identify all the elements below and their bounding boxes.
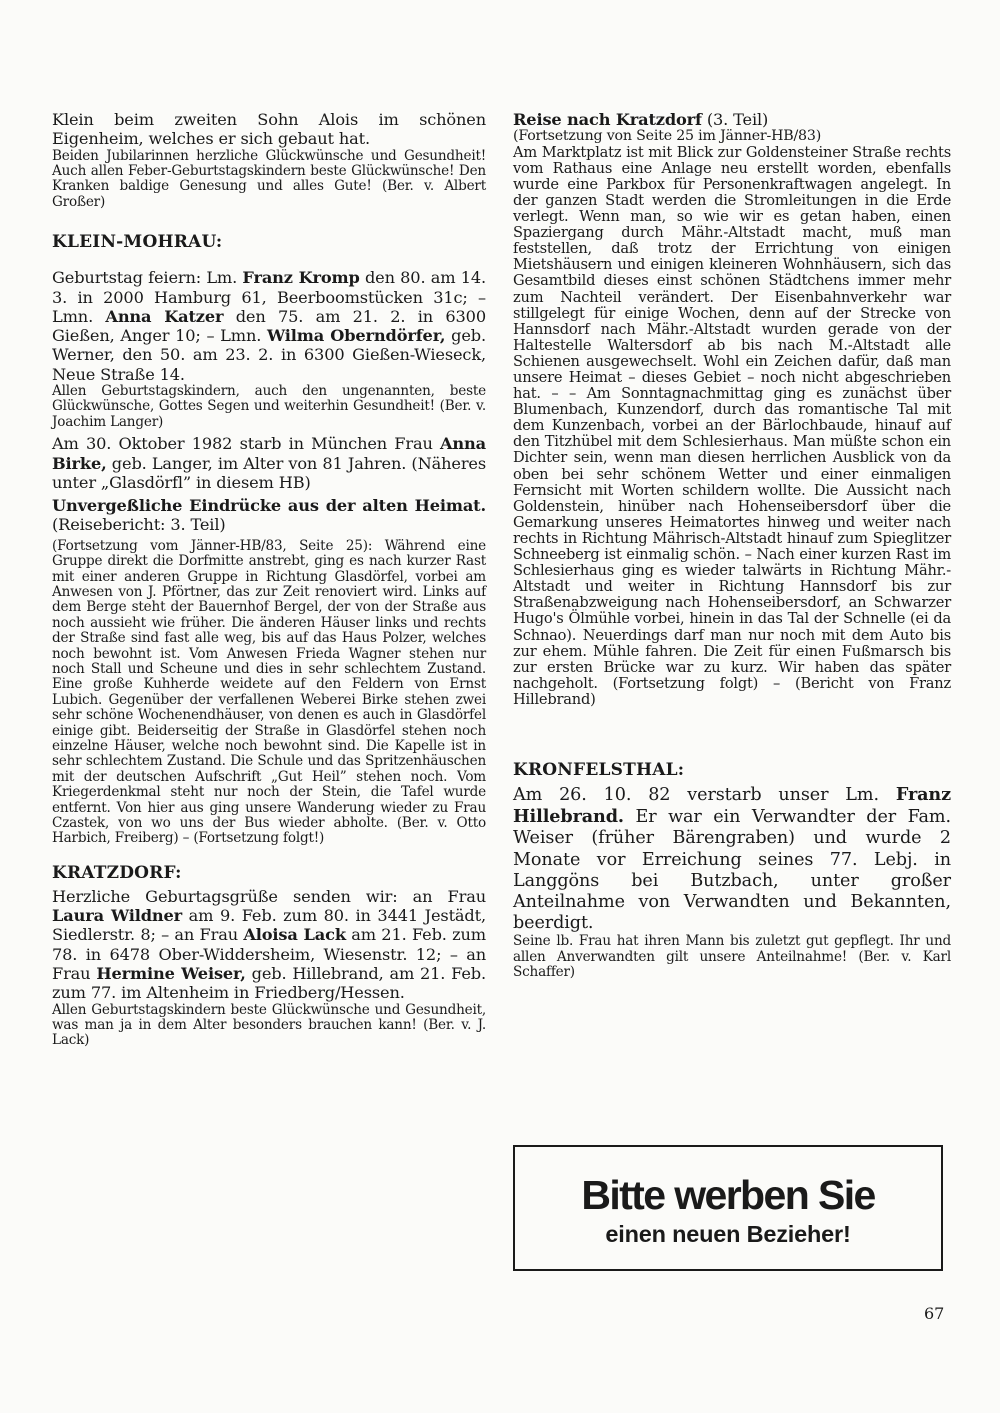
travel-report-body: (Fortsetzung vom Jänner-HB/83, Seite 25)… <box>52 539 486 847</box>
intro-wishes: Beiden Jubilarinnen herzliche Glückwünsc… <box>52 149 486 211</box>
heading-kronfelsthal: KRONFELSTHAL: <box>513 760 951 780</box>
klein-mohrau-wishes: Allen Geburtstagskindern, auch den ungen… <box>52 384 486 430</box>
heading-kratzdorf: KRATZDORF: <box>52 863 486 883</box>
person-name: Hermine Weiser, <box>96 964 245 983</box>
travel-report-title: Unvergeßliche Eindrücke aus der alten He… <box>52 496 486 535</box>
ad-subline: einen neuen Bezieher! <box>515 1220 941 1248</box>
right-column: Reise nach Kratzdorf (3. Teil) (Fortsetz… <box>513 110 951 981</box>
klein-mohrau-birthdays: Geburtstag feiern: Lm. Franz Kromp den 8… <box>52 268 486 384</box>
kratzdorf-wishes: Allen Geburtstagskindern beste Glückwüns… <box>52 1003 486 1049</box>
intro-lead: Klein beim zweiten Sohn Alois im schönen… <box>52 110 486 149</box>
kronfelsthal-condolence: Seine lb. Frau hat ihren Mann bis zuletz… <box>513 934 951 980</box>
reise-title: Reise nach Kratzdorf (3. Teil) <box>513 110 951 129</box>
subscriber-ad-box: Bitte werben Sie einen neuen Bezieher! <box>513 1145 943 1271</box>
person-name: Anna Katzer <box>105 307 223 326</box>
heading-klein-mohrau: KLEIN-MOHRAU: <box>52 232 486 252</box>
reise-continuation: (Fortsetzung von Seite 25 im Jänner-HB/8… <box>513 129 951 144</box>
kratzdorf-birthdays: Herzliche Geburtagsgrüße senden wir: an … <box>52 887 486 1003</box>
person-name: Wilma Oberndörfer, <box>267 326 445 345</box>
klein-mohrau-obituary: Am 30. Oktober 1982 starb in München Fra… <box>52 434 486 492</box>
ad-headline: Bitte werben Sie <box>515 1173 941 1217</box>
page-number: 67 <box>924 1304 944 1323</box>
kronfelsthal-obituary: Am 26. 10. 82 verstarb unser Lm. Franz H… <box>513 784 951 934</box>
reise-body: Am Marktplatz ist mit Blick zur Goldenst… <box>513 145 951 708</box>
person-name: Aloisa Lack <box>243 925 346 944</box>
left-column: Klein beim zweiten Sohn Alois im schönen… <box>52 110 486 1049</box>
person-name: Laura Wildner <box>52 906 182 925</box>
person-name: Franz Kromp <box>242 268 359 287</box>
